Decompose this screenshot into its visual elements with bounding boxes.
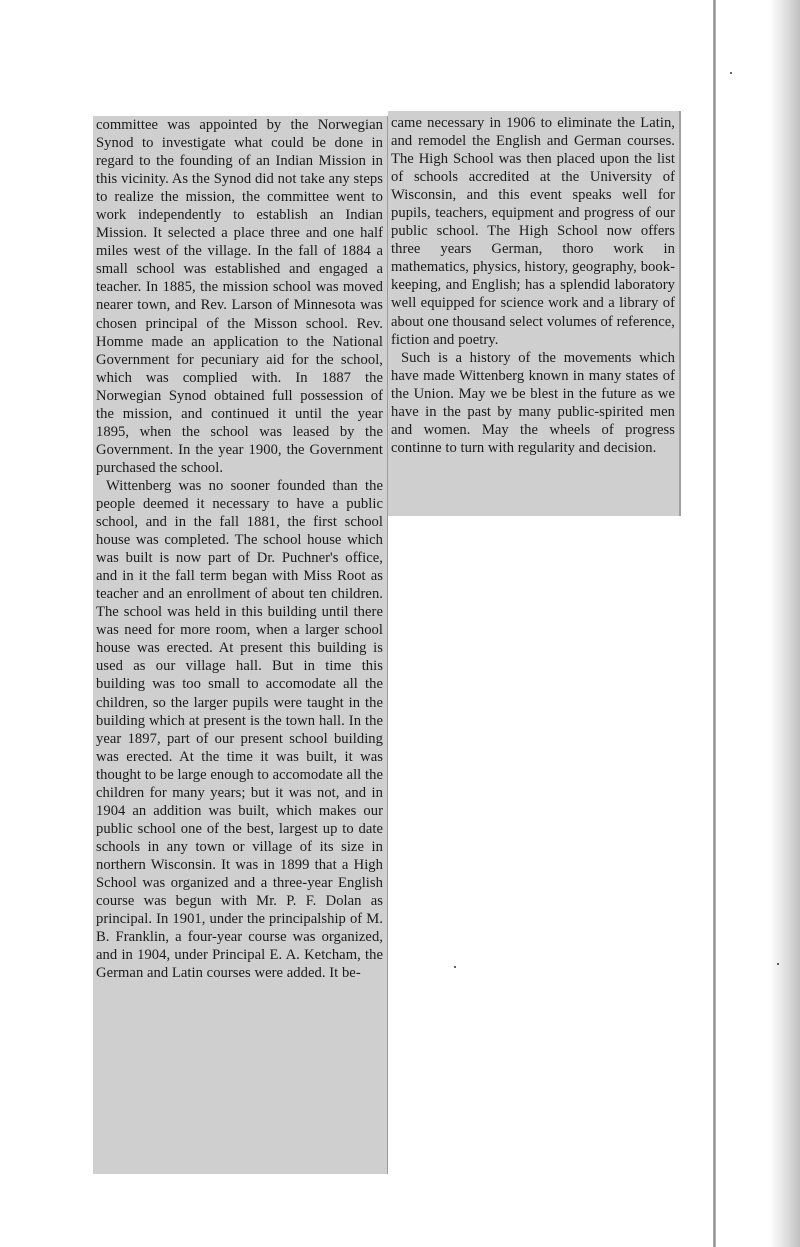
page-edge-shadow xyxy=(770,0,800,1247)
paragraph-high-school: came necessary in 1906 to eliminate the … xyxy=(391,114,675,349)
scan-speck xyxy=(454,966,456,968)
right-text-column: came necessary in 1906 to eliminate the … xyxy=(388,111,681,516)
paragraph-indian-mission: committee was appointed by the Norwegian… xyxy=(96,116,383,477)
paragraph-public-school: Wittenberg was no sooner founded than th… xyxy=(96,477,383,982)
scan-speck xyxy=(730,72,732,74)
scan-speck xyxy=(777,963,779,965)
left-text-column: committee was appointed by the Norwegian… xyxy=(93,116,388,1174)
paragraph-closing: Such is a history of the movements which… xyxy=(391,349,675,457)
page-fold-line xyxy=(713,0,716,1247)
